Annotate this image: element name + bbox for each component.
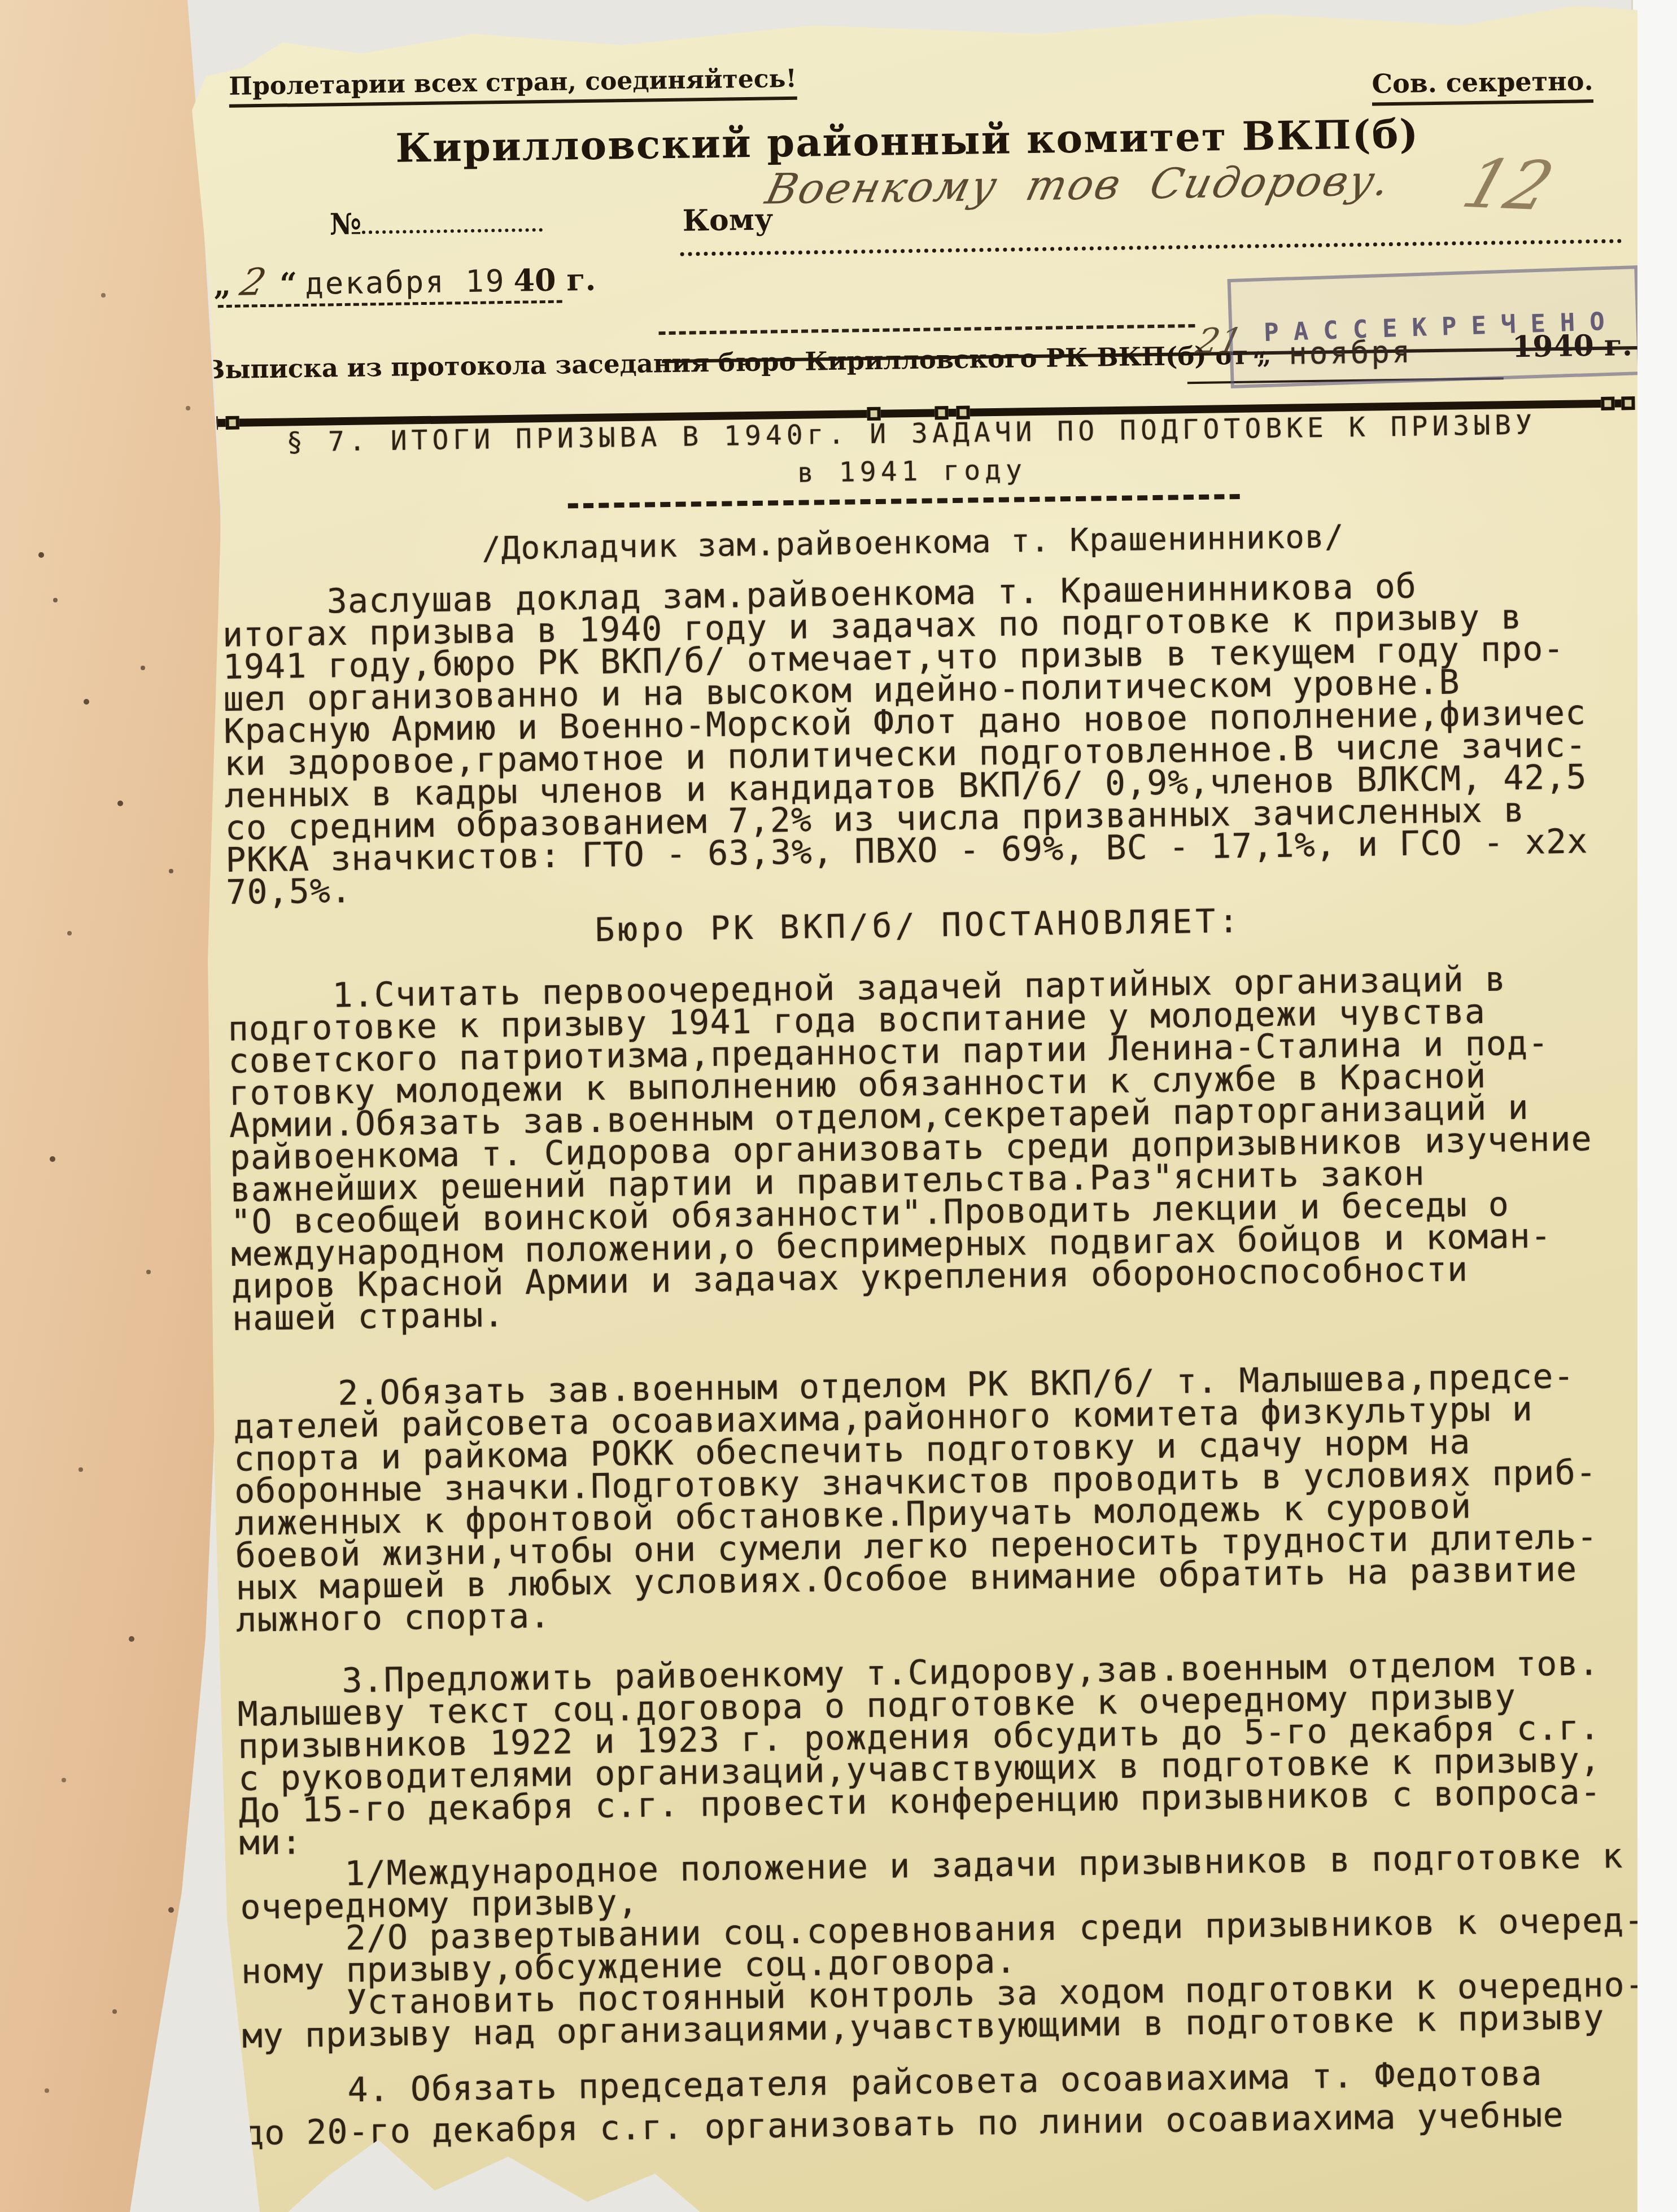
number-row: № — [329, 203, 542, 242]
slogan-text: Пролетарии всех стран, соединяйтесь! — [229, 64, 797, 108]
slogan-line: Пролетарии всех стран, соединяйтесь! — [229, 64, 797, 101]
page-content: Пролетарии всех стран, соединяйтесь! Сов… — [182, 0, 1658, 2212]
number-blank — [361, 203, 543, 234]
issue-month: декабря 19 — [305, 263, 506, 301]
open-quote: „ — [213, 266, 232, 303]
paragraph-1: 1.Считать первоочередной задачей партийн… — [228, 961, 1633, 1335]
underlying-page — [0, 0, 237, 2212]
scanner-background-strip — [1631, 0, 1677, 2212]
document-scan: Пролетарии всех стран, соединяйтесь! Сов… — [0, 0, 1677, 2212]
issue-date-row: „2“ декабря 1940 г. — [213, 256, 596, 304]
paragraph-2: 2.Обязать зав.военным отделом РК ВКП/б/ … — [233, 1359, 1636, 1637]
paper-speckles — [0, 0, 3, 3]
intro-paragraph: Заслушав доклад зам.райвоенкома т. Краше… — [222, 567, 1627, 909]
excerpt-intro: Выписка из протокола заседания бюро Кири… — [203, 340, 1272, 384]
classification-text: Сов. секретно. — [1372, 65, 1593, 106]
speaker-line: /Докладчик зам.райвоенкома т. Крашенинни… — [190, 517, 1636, 569]
decree-heading: Бюро РК ВКП/б/ ПОСТАНОВЛЯЕТ: — [195, 899, 1641, 952]
classification-line: Сов. секретно. — [1372, 65, 1593, 99]
issue-year: 40 г. — [513, 261, 596, 299]
issue-day-handwriting: 2 — [236, 260, 270, 304]
close-quote: “ — [279, 265, 298, 301]
paragraph-3: 3.Предложить райвоенкому т.Сидорову,зав.… — [237, 1647, 1642, 2053]
addressee-handwriting: Военкому тов Сидорову. — [761, 156, 1396, 214]
paragraph-4: 4. Обязать председателя райсовета осоави… — [242, 2051, 1644, 2154]
declassified-stamp: РАССЕКРЕЧЕНО — [1228, 265, 1641, 388]
number-label: № — [329, 207, 361, 242]
document-page: Пролетарии всех стран, соединяйтесь! Сов… — [192, 0, 1637, 2212]
blank-field-line-dashed — [659, 324, 1195, 335]
